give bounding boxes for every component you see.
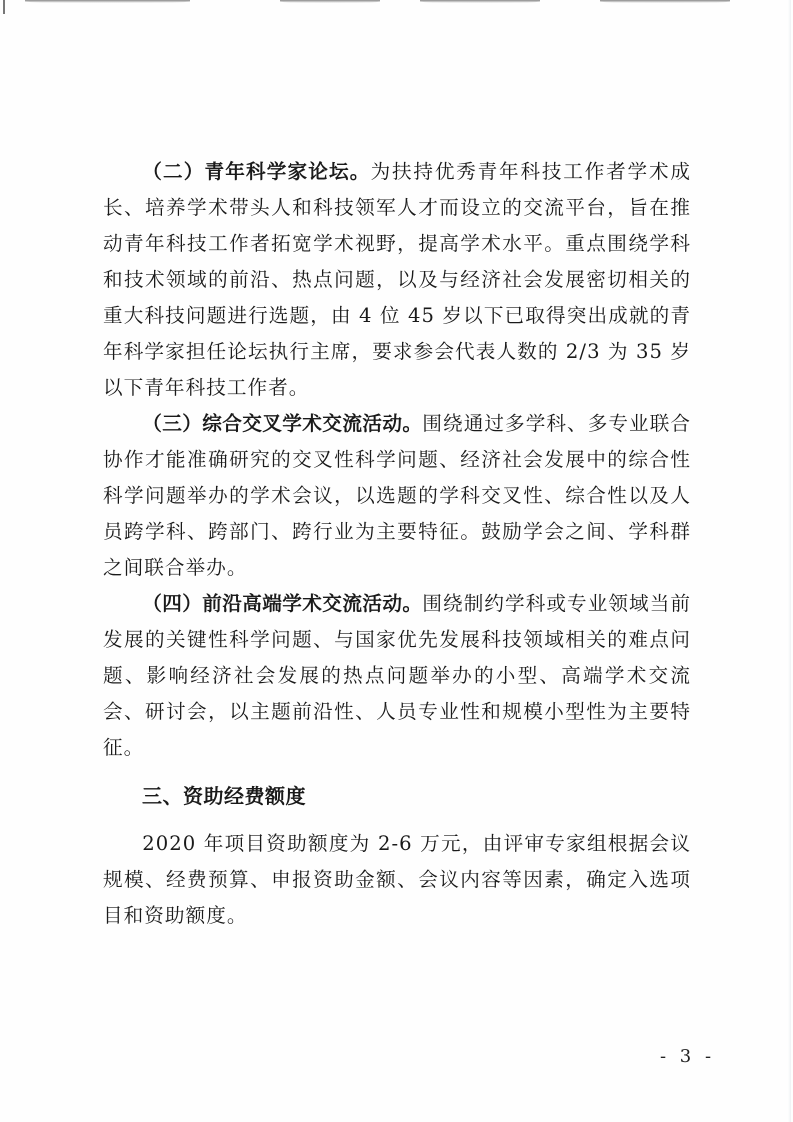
scan-shadow (420, 0, 540, 3)
paragraph-text: 2020 年项目资助额度为 2-6 万元，由评审专家组根据会议规模、经费预算、申… (103, 832, 691, 927)
paragraph-frontier-exchange: （四）前沿高端学术交流活动。围绕制约学科或专业领域当前发展的关键性科学问题、与国… (103, 586, 691, 766)
paragraph-lead: （二）青年科学家论坛。 (142, 160, 370, 183)
paragraph-youth-scientist-forum: （二）青年科学家论坛。为扶持优秀青年科技工作者学术成长、培养学术带头人和科技领军… (103, 154, 691, 406)
page-number: - 3 - (660, 1046, 715, 1067)
section-heading-funding-amount: 三、资助经费额度 (103, 778, 691, 814)
paragraph-lead: （四）前沿高端学术交流活动。 (142, 592, 422, 615)
paragraph-funding-amount: 2020 年项目资助额度为 2-6 万元，由评审专家组根据会议规模、经费预算、申… (103, 826, 691, 934)
paragraph-lead: （三）综合交叉学术交流活动。 (142, 412, 422, 435)
document-body: （二）青年科学家论坛。为扶持优秀青年科技工作者学术成长、培养学术带头人和科技领军… (103, 154, 691, 934)
document-page: （二）青年科学家论坛。为扶持优秀青年科技工作者学术成长、培养学术带头人和科技领军… (0, 0, 793, 1122)
paragraph-text: 围绕通过多学科、多专业联合协作才能准确研究的交叉性科学问题、经济社会发展中的综合… (103, 412, 691, 579)
paragraph-text: 为扶持优秀青年科技工作者学术成长、培养学术带头人和科技领军人才而设立的交流平台，… (103, 160, 691, 399)
scan-shadow (280, 0, 380, 3)
paragraph-text: 围绕制约学科或专业领域当前发展的关键性科学问题、与国家优先发展科技领域相关的难点… (103, 592, 691, 759)
scan-edge (788, 0, 791, 1122)
scan-edge-mark (3, 0, 5, 14)
scan-shadow (600, 0, 730, 3)
paragraph-interdisciplinary-exchange: （三）综合交叉学术交流活动。围绕通过多学科、多专业联合协作才能准确研究的交叉性科… (103, 406, 691, 586)
scan-shadow (25, 0, 190, 3)
